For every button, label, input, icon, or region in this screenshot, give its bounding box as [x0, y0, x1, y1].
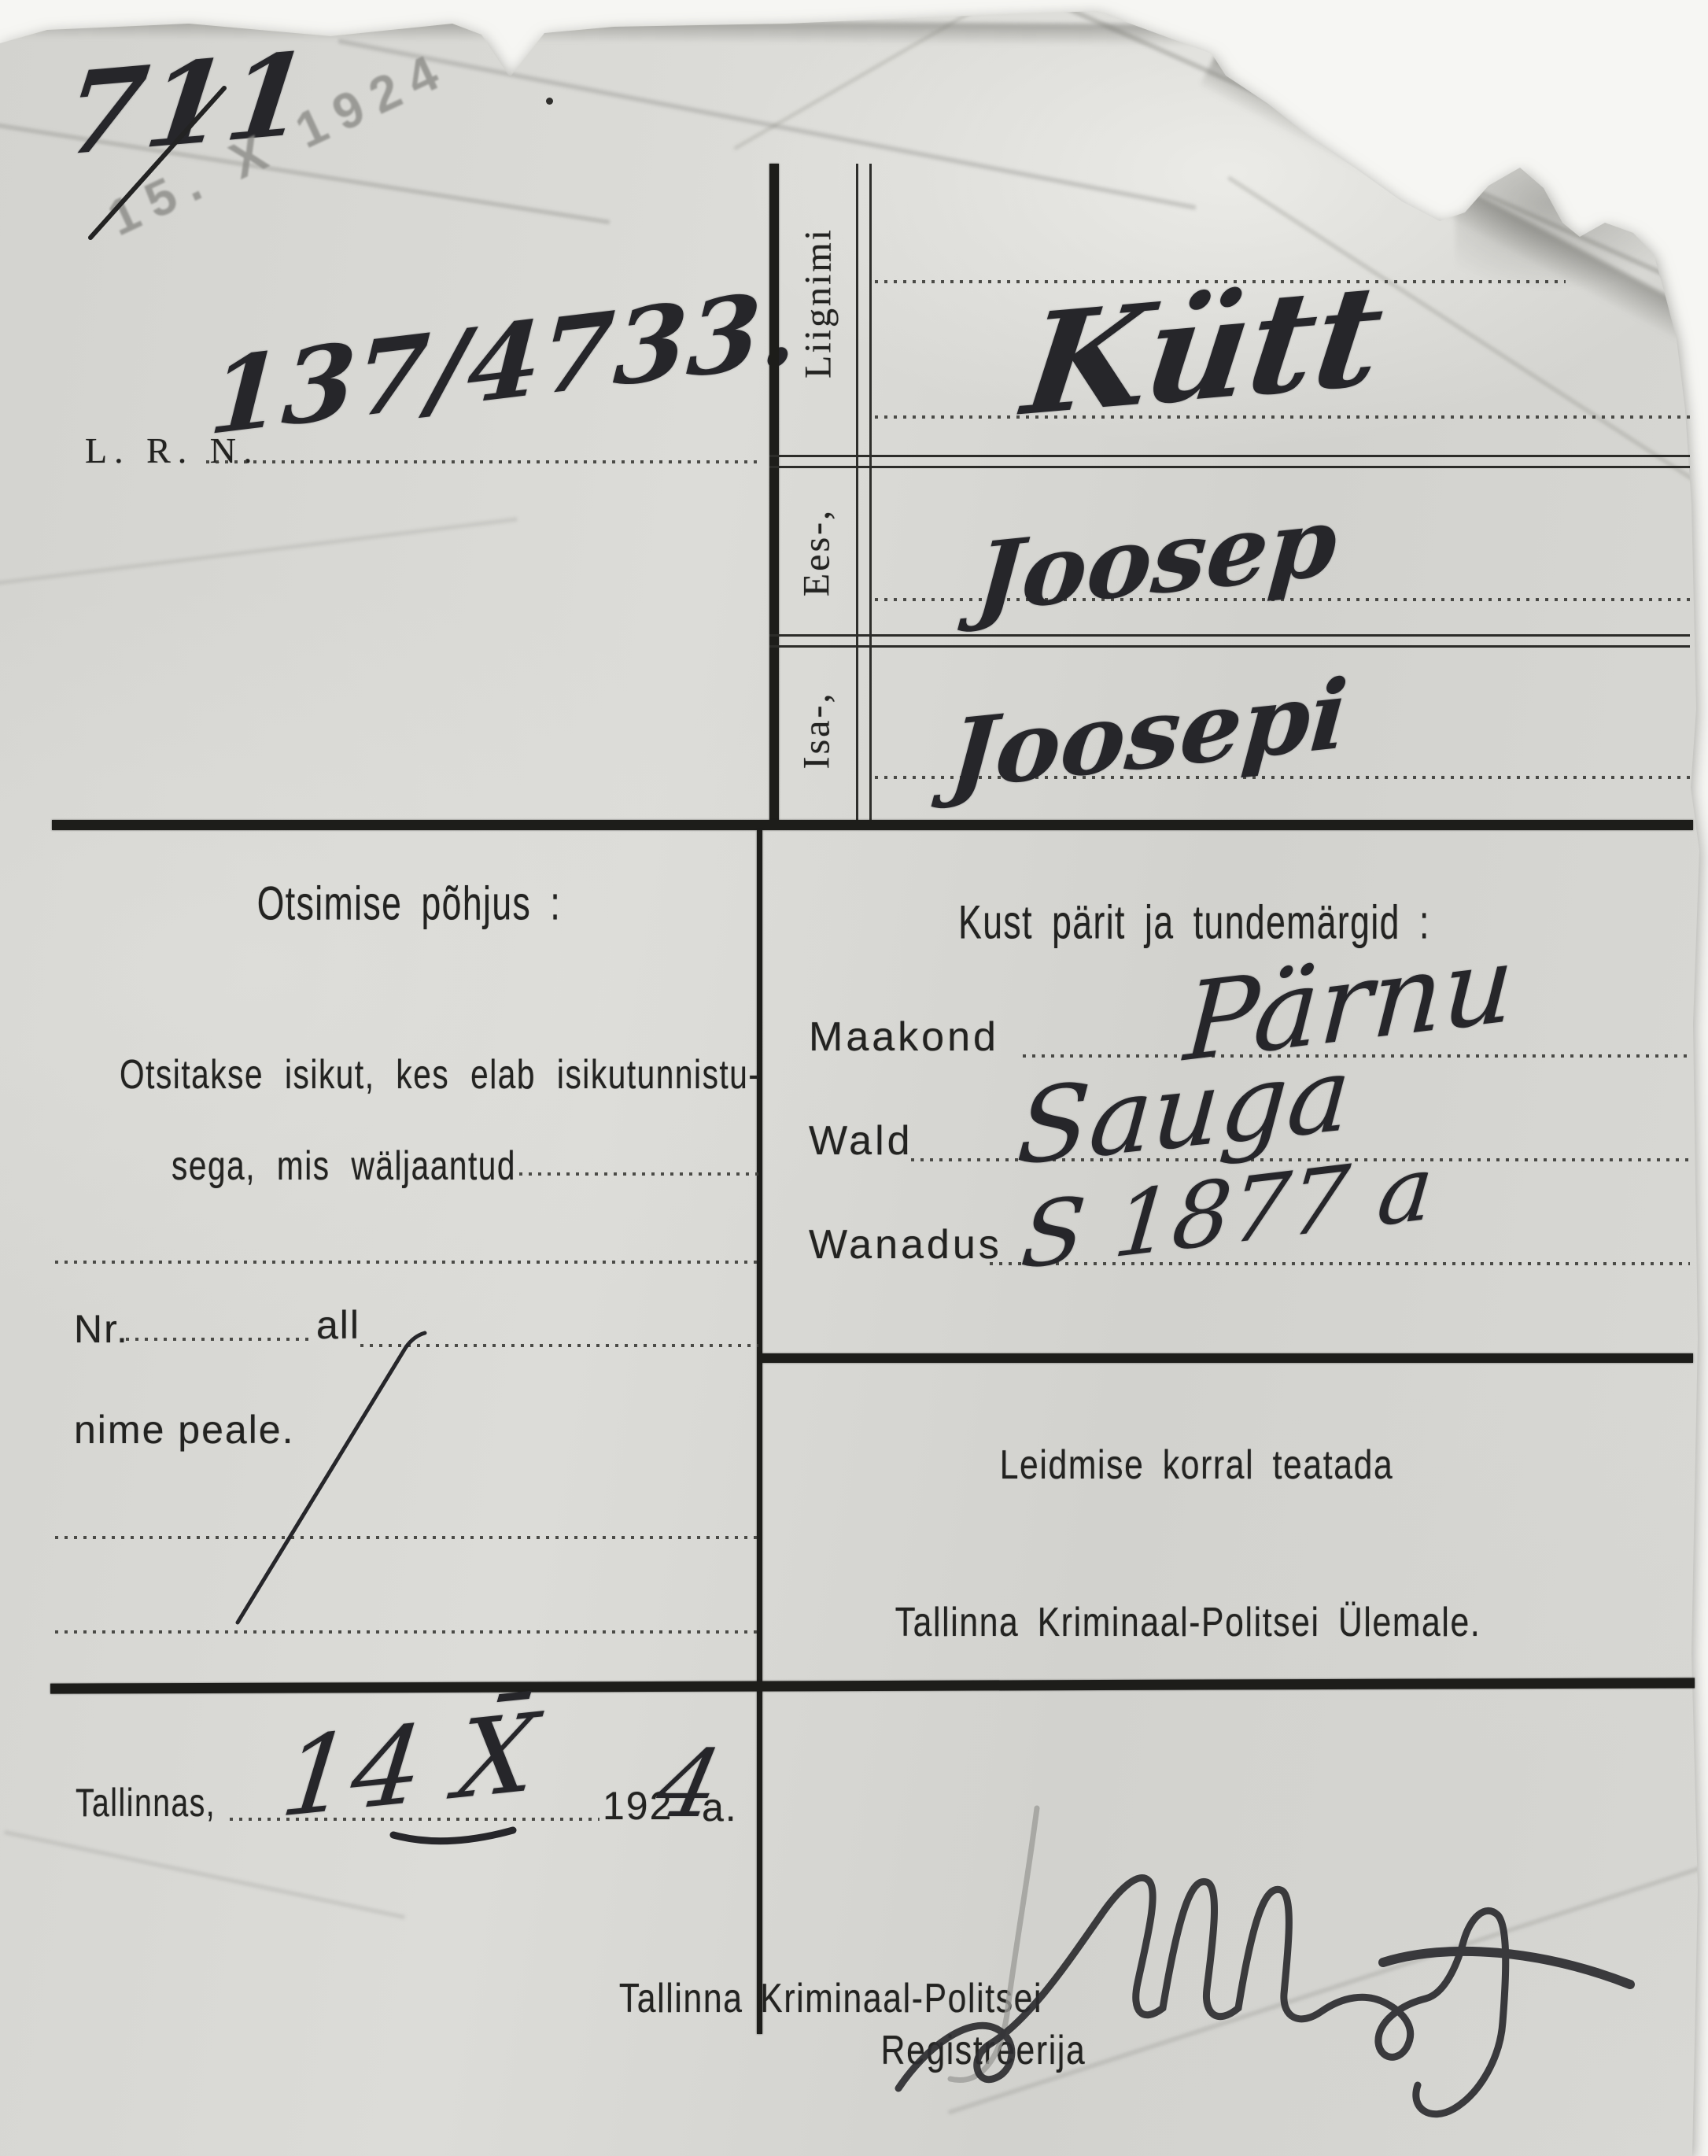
- dotted-writing-line: [55, 1630, 758, 1634]
- section-top-rule: [52, 820, 1693, 830]
- row-separator-double-line: [769, 455, 1690, 468]
- torn-corner-shadow: [1455, 165, 1691, 291]
- wald-label: Wald: [809, 1117, 913, 1165]
- search-reason-line1: Otsitakse isikut, kes elab isikutunnistu…: [120, 1051, 760, 1098]
- scan-background: { "colors": { "paper": "#d7d7d3", "ink_p…: [0, 0, 1708, 2156]
- firstname-label: Ees-,: [795, 508, 839, 596]
- paper-crease: [948, 1855, 1708, 2114]
- ink-speck: [546, 98, 553, 105]
- column-divider-rule: [757, 830, 762, 2034]
- paper-crease: [0, 517, 518, 588]
- year-suffix: a.: [702, 1785, 738, 1830]
- nr-label: Nr.: [74, 1306, 129, 1352]
- search-reason-heading: Otsimise põhjus :: [257, 877, 561, 931]
- wanadus-label: Wanadus: [809, 1221, 1002, 1268]
- all-label: all: [316, 1302, 360, 1348]
- paper-crease: [4, 1830, 405, 1919]
- surname-value: Kütt: [1016, 253, 1391, 447]
- place-label: Tallinnas,: [76, 1780, 216, 1826]
- dotted-writing-line: [519, 1172, 758, 1176]
- notify-line1: Leidmise korral teatada: [1000, 1442, 1394, 1489]
- notify-line2: Tallinna Kriminaal-Politsei Ülemale.: [895, 1599, 1481, 1646]
- maakond-label: Maakond: [809, 1013, 999, 1061]
- surname-label: Liignimi: [797, 227, 840, 378]
- office-line2: Registreerija: [881, 2027, 1086, 2074]
- dotted-writing-line: [55, 1261, 758, 1264]
- notify-section-rule: [760, 1353, 1693, 1363]
- reference-dotted-line: [206, 460, 761, 463]
- dotted-writing-line: [360, 1344, 758, 1347]
- paper-crease: [733, 0, 1075, 150]
- nime-peale-label: nime peale.: [74, 1407, 295, 1453]
- name-block-double-rule: [856, 164, 872, 829]
- office-line1: Tallinna Kriminaal-Politsei: [619, 1975, 1042, 2022]
- dotted-writing-line: [55, 1536, 758, 1539]
- row-separator-double-line: [769, 634, 1690, 648]
- name-block-left-rule: [769, 164, 779, 829]
- fathername-label: Isa-,: [795, 692, 839, 770]
- dotted-writing-line: [126, 1338, 312, 1341]
- scanned-document: 711 15. X 1924 L. R. N. 137/4733. Liigni…: [0, 0, 1708, 2156]
- search-reason-line2: sega, mis wäljaantud: [172, 1143, 516, 1190]
